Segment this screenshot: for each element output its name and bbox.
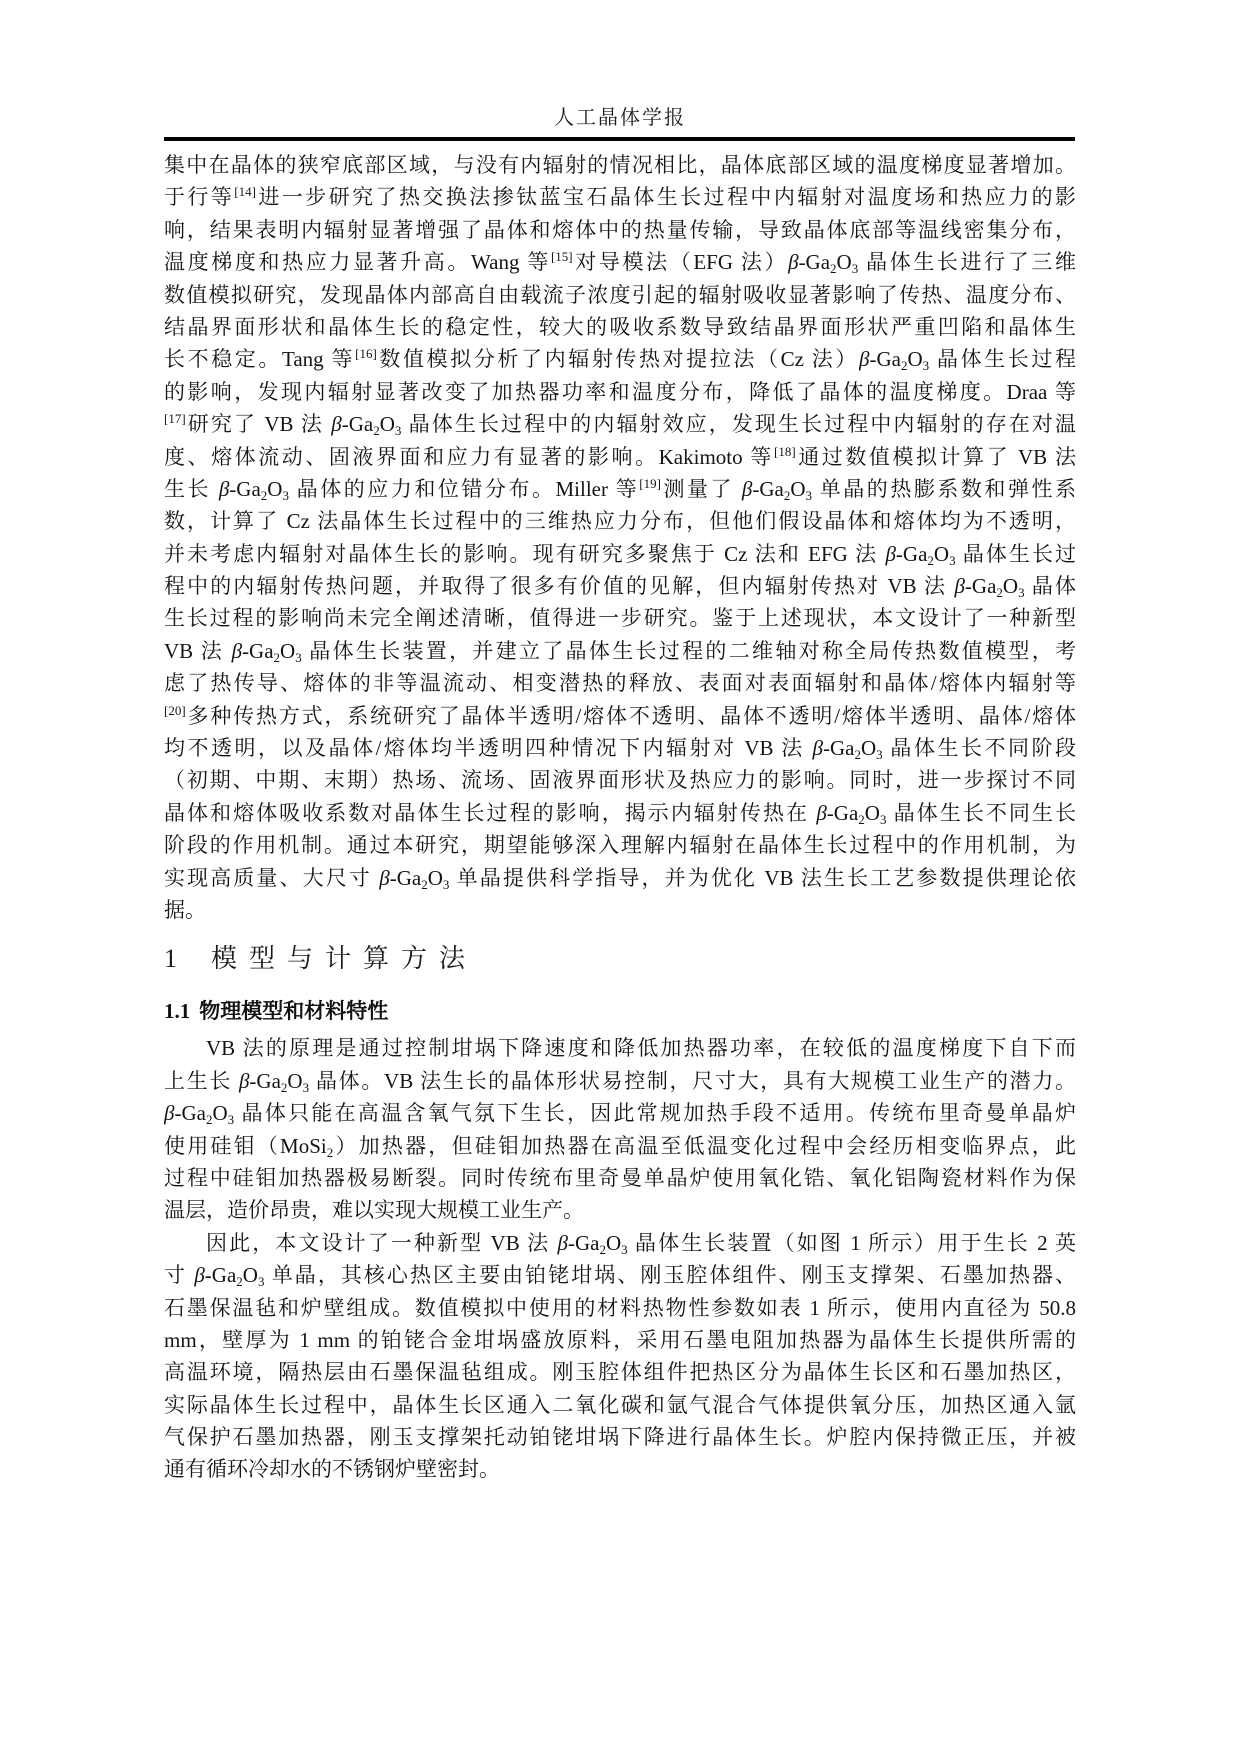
section-number: 1 xyxy=(164,944,177,973)
text-line: 结晶界面形状和晶体生长的稳定性，较大的吸收系数导致结晶界面形状严重凹陷和晶体生 xyxy=(164,311,1076,343)
subsection-title: 物理模型和材料特性 xyxy=(199,999,388,1023)
text-line: 晶体和熔体吸收系数对晶体生长过程的影响，揭示内辐射传热在 β-Ga2O3 晶体生… xyxy=(164,797,1076,829)
text-line: 使用硅钼（MoSi2）加热器，但硅钼加热器在高温至低温变化过程中会经历相变临界点… xyxy=(164,1130,1076,1162)
text-line: 虑了热传导、熔体的非等温流动、相变潜热的释放、表面对表面辐射和晶体/熔体内辐射等 xyxy=(164,667,1076,699)
text-line: 程中的内辐射传热问题，并取得了很多有价值的见解，但内辐射传热对 VB 法 β-G… xyxy=(164,570,1076,602)
journal-running-head: 人工晶体学报 xyxy=(165,101,1075,130)
text-line: 数，计算了 Cz 法晶体生长过程中的三维热应力分布，但他们假设晶体和熔体均为不透… xyxy=(164,505,1076,537)
text-line: 通有循环冷却水的不锈钢炉壁密封。 xyxy=(164,1453,1076,1485)
text-line: 温度梯度和热应力显著升高。Wang 等[15]对导模法（EFG 法）β-Ga2O… xyxy=(164,246,1076,278)
text-line: 石墨保温毡和炉壁组成。数值模拟中使用的材料热物性参数如表 1 所示，使用内直径为… xyxy=(164,1292,1076,1324)
page-content: 集中在晶体的狭窄底部区域，与没有内辐射的情况相比，晶体底部区域的温度梯度显著增加… xyxy=(164,149,1076,1486)
header-rule xyxy=(164,137,1075,141)
subsection-number: 1.1 xyxy=(164,999,190,1023)
text-line: 据。 xyxy=(164,894,1076,926)
text-line: （初期、中期、末期）热场、流场、固液界面形状及热应力的影响。同时，进一步探讨不同 xyxy=(164,764,1076,796)
text-line: mm，壁厚为 1 mm 的铂铑合金坩埚盛放原料，采用石墨电阻加热器为晶体生长提供… xyxy=(164,1324,1076,1356)
section-heading: 1模型与计算方法 xyxy=(164,942,1076,976)
text-line: [17]研究了 VB 法 β-Ga2O3 晶体生长过程中的内辐射效应，发现生长过… xyxy=(164,408,1076,440)
paragraph-vb-principle: VB 法的原理是通过控制坩埚下降速度和降低加热器功率，在较低的温度梯度下自下而上… xyxy=(164,1032,1076,1226)
text-line: 温层，造价昂贵，难以实现大规模工业生产。 xyxy=(164,1194,1076,1226)
text-line: 过程中硅钼加热器极易断裂。同时传统布里奇曼单晶炉使用氧化锆、氧化铝陶瓷材料作为保 xyxy=(164,1162,1076,1194)
text-line: VB 法 β-Ga2O3 晶体生长装置，并建立了晶体生长过程的二维轴对称全局传热… xyxy=(164,635,1076,667)
paragraph-intro: 集中在晶体的狭窄底部区域，与没有内辐射的情况相比，晶体底部区域的温度梯度显著增加… xyxy=(164,149,1076,926)
text-line: 于行等[14]进一步研究了热交换法掺钛蓝宝石晶体生长过程中内辐射对温度场和热应力… xyxy=(164,181,1076,213)
text-line: 生长 β-Ga2O3 晶体的应力和位错分布。Miller 等[19]测量了 β-… xyxy=(164,473,1076,505)
text-line: 集中在晶体的狭窄底部区域，与没有内辐射的情况相比，晶体底部区域的温度梯度显著增加… xyxy=(164,149,1076,181)
text-line: 的影响，发现内辐射显著改变了加热器功率和温度分布，降低了晶体的温度梯度。Draa… xyxy=(164,376,1076,408)
text-line: 响，结果表明内辐射显著增强了晶体和熔体中的热量传输，导致晶体底部等温线密集分布， xyxy=(164,214,1076,246)
text-line: 寸 β-Ga2O3 单晶，其核心热区主要由铂铑坩埚、刚玉腔体组件、刚玉支撑架、石… xyxy=(164,1259,1076,1291)
text-line: 度、熔体流动、固液界面和应力有显著的影响。Kakimoto 等[18]通过数值模… xyxy=(164,441,1076,473)
subsection-heading: 1.1物理模型和材料特性 xyxy=(164,996,1076,1026)
text-line: 并未考虑内辐射对晶体生长的影响。现有研究多聚焦于 Cz 法和 EFG 法 β-G… xyxy=(164,538,1076,570)
text-line: 上生长 β-Ga2O3 晶体。VB 法生长的晶体形状易控制，尺寸大，具有大规模工… xyxy=(164,1065,1076,1097)
text-line: [20]多种传热方式，系统研究了晶体半透明/熔体不透明、晶体不透明/熔体半透明、… xyxy=(164,700,1076,732)
text-line: 长不稳定。Tang 等[16]数值模拟分析了内辐射传热对提拉法（Cz 法）β-G… xyxy=(164,343,1076,375)
text-line: β-Ga2O3 晶体只能在高温含氧气氛下生长，因此常规加热手段不适用。传统布里奇… xyxy=(164,1097,1076,1129)
text-line: 实际晶体生长过程中，晶体生长区通入二氧化碳和氩气混合气体提供氧分压，加热区通入氩 xyxy=(164,1389,1076,1421)
text-line: VB 法的原理是通过控制坩埚下降速度和降低加热器功率，在较低的温度梯度下自下而 xyxy=(164,1032,1076,1064)
paper-page: 人工晶体学报 集中在晶体的狭窄底部区域，与没有内辐射的情况相比，晶体底部区域的温… xyxy=(0,0,1241,1754)
text-line: 高温环境，隔热层由石墨保温毡组成。刚玉腔体组件把热区分为晶体生长区和石墨加热区， xyxy=(164,1356,1076,1388)
text-line: 实现高质量、大尺寸 β-Ga2O3 单晶提供科学指导，并为优化 VB 法生长工艺… xyxy=(164,862,1076,894)
paragraph-apparatus: 因此，本文设计了一种新型 VB 法 β-Ga2O3 晶体生长装置（如图 1 所示… xyxy=(164,1227,1076,1486)
section-title: 模型与计算方法 xyxy=(211,944,477,973)
text-line: 气保护石墨加热器，刚玉支撑架托动铂铑坩埚下降进行晶体生长。炉腔内保持微正压，并被 xyxy=(164,1421,1076,1453)
text-line: 数值模拟研究，发现晶体内部高自由载流子浓度引起的辐射吸收显著影响了传热、温度分布… xyxy=(164,279,1076,311)
text-line: 均不透明，以及晶体/熔体均半透明四种情况下内辐射对 VB 法 β-Ga2O3 晶… xyxy=(164,732,1076,764)
text-line: 生长过程的影响尚未完全阐述清晰，值得进一步研究。鉴于上述现状，本文设计了一种新型 xyxy=(164,602,1076,634)
text-line: 因此，本文设计了一种新型 VB 法 β-Ga2O3 晶体生长装置（如图 1 所示… xyxy=(164,1227,1076,1259)
text-line: 阶段的作用机制。通过本研究，期望能够深入理解内辐射在晶体生长过程中的作用机制，为 xyxy=(164,829,1076,861)
